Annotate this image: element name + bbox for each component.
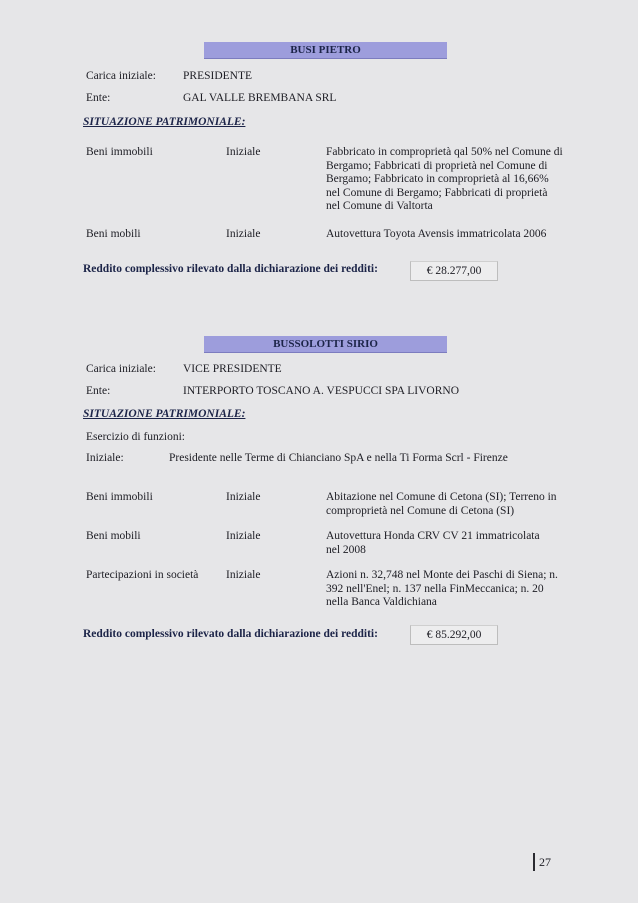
asset-description: Abitazione nel Comune di Cetona (SI); Te… [326, 491, 564, 518]
page-number: 27 [539, 855, 551, 870]
asset-phase: Iniziale [226, 228, 260, 240]
situazione-patrimoniale-heading: SITUAZIONE PATRIMONIALE: [83, 408, 245, 420]
esercizio-phase: Iniziale: [86, 452, 124, 464]
asset-phase: Iniziale [226, 146, 260, 158]
ente-label: Ente: [86, 385, 110, 397]
asset-phase: Iniziale [226, 491, 260, 503]
asset-description: Azioni n. 32,748 nel Monte dei Paschi di… [326, 569, 562, 610]
carica-value: PRESIDENTE [183, 70, 252, 82]
asset-type: Beni mobili [86, 530, 141, 542]
reddito-label: Reddito complessivo rilevato dalla dichi… [83, 263, 378, 275]
carica-value: VICE PRESIDENTE [183, 363, 282, 375]
asset-phase: Iniziale [226, 530, 260, 542]
asset-type: Beni mobili [86, 228, 141, 240]
carica-label: Carica iniziale: [86, 70, 156, 82]
asset-type: Partecipazioni in società [86, 569, 198, 581]
ente-value: INTERPORTO TOSCANO A. VESPUCCI SPA LIVOR… [183, 385, 459, 397]
page-number-divider [533, 853, 535, 871]
asset-description: Autovettura Toyota Avensis immatricolata… [326, 228, 546, 240]
esercizio-funzioni-label: Esercizio di funzioni: [86, 431, 185, 443]
asset-description: Fabbricato in comproprietà qal 50% nel C… [326, 146, 564, 214]
situazione-patrimoniale-heading: SITUAZIONE PATRIMONIALE: [83, 116, 245, 128]
esercizio-value: Presidente nelle Terme di Chianciano SpA… [169, 452, 508, 464]
reddito-label: Reddito complessivo rilevato dalla dichi… [83, 628, 378, 640]
asset-description: Autovettura Honda CRV CV 21 immatricolat… [326, 530, 556, 557]
asset-type: Beni immobili [86, 146, 153, 158]
ente-value: GAL VALLE BREMBANA SRL [183, 92, 336, 104]
person-name-banner: BUSI PIETRO [204, 42, 447, 59]
reddito-amount: € 85.292,00 [410, 625, 498, 645]
person-name-banner: BUSSOLOTTI SIRIO [204, 336, 447, 353]
reddito-amount: € 28.277,00 [410, 261, 498, 281]
asset-type: Beni immobili [86, 491, 153, 503]
asset-phase: Iniziale [226, 569, 260, 581]
carica-label: Carica iniziale: [86, 363, 156, 375]
ente-label: Ente: [86, 92, 110, 104]
